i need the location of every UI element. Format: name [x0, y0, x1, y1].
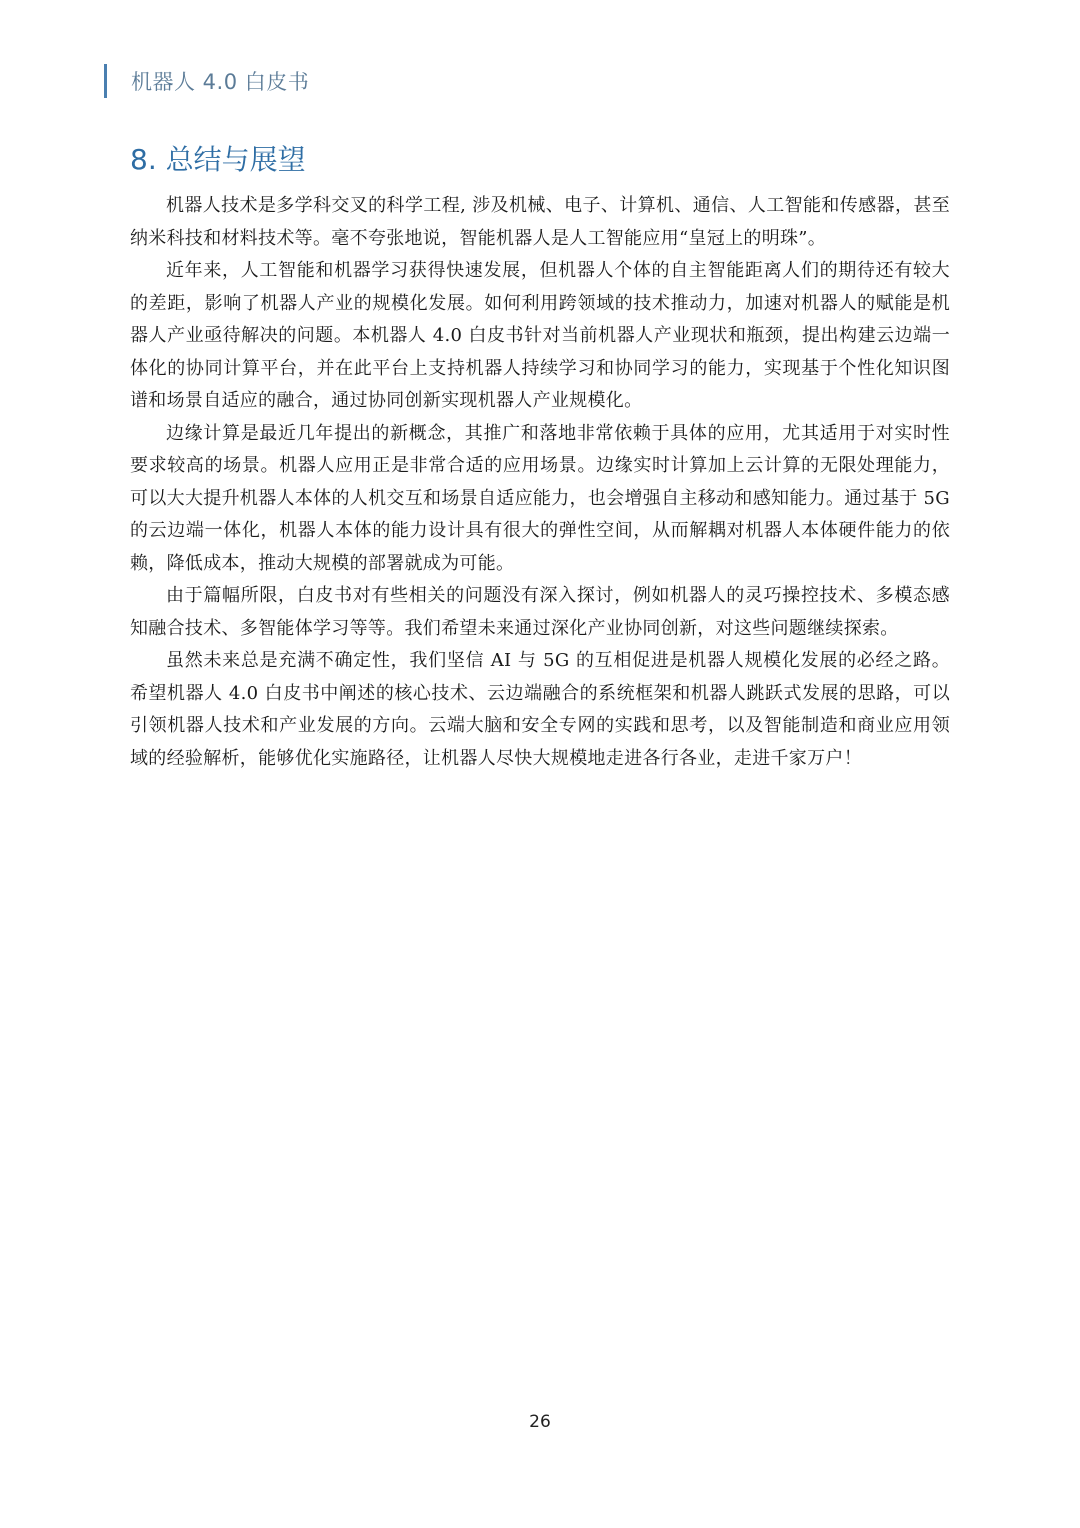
section-title: 8. 总结与展望 [130, 138, 306, 178]
running-header: 机器人 4.0 白皮书 [104, 64, 309, 98]
page-number: 26 [0, 1412, 1080, 1432]
paragraph: 机器人技术是多学科交叉的科学工程, 涉及机械、电子、计算机、通信、人工智能和传感… [130, 190, 950, 255]
paragraph: 由于篇幅所限，白皮书对有些相关的问题没有深入探讨，例如机器人的灵巧操控技术、多模… [130, 580, 950, 645]
paragraph: 边缘计算是最近几年提出的新概念，其推广和落地非常依赖于具体的应用，尤其适用于对实… [130, 418, 950, 581]
paragraph: 近年来，人工智能和机器学习获得快速发展，但机器人个体的自主智能距离人们的期待还有… [130, 255, 950, 418]
header-title: 机器人 4.0 白皮书 [131, 66, 309, 96]
paragraph: 虽然未来总是充满不确定性，我们坚信 AI 与 5G 的互相促进是机器人规模化发展… [130, 645, 950, 775]
header-accent-bar [104, 64, 107, 98]
body-content: 机器人技术是多学科交叉的科学工程, 涉及机械、电子、计算机、通信、人工智能和传感… [130, 190, 950, 775]
